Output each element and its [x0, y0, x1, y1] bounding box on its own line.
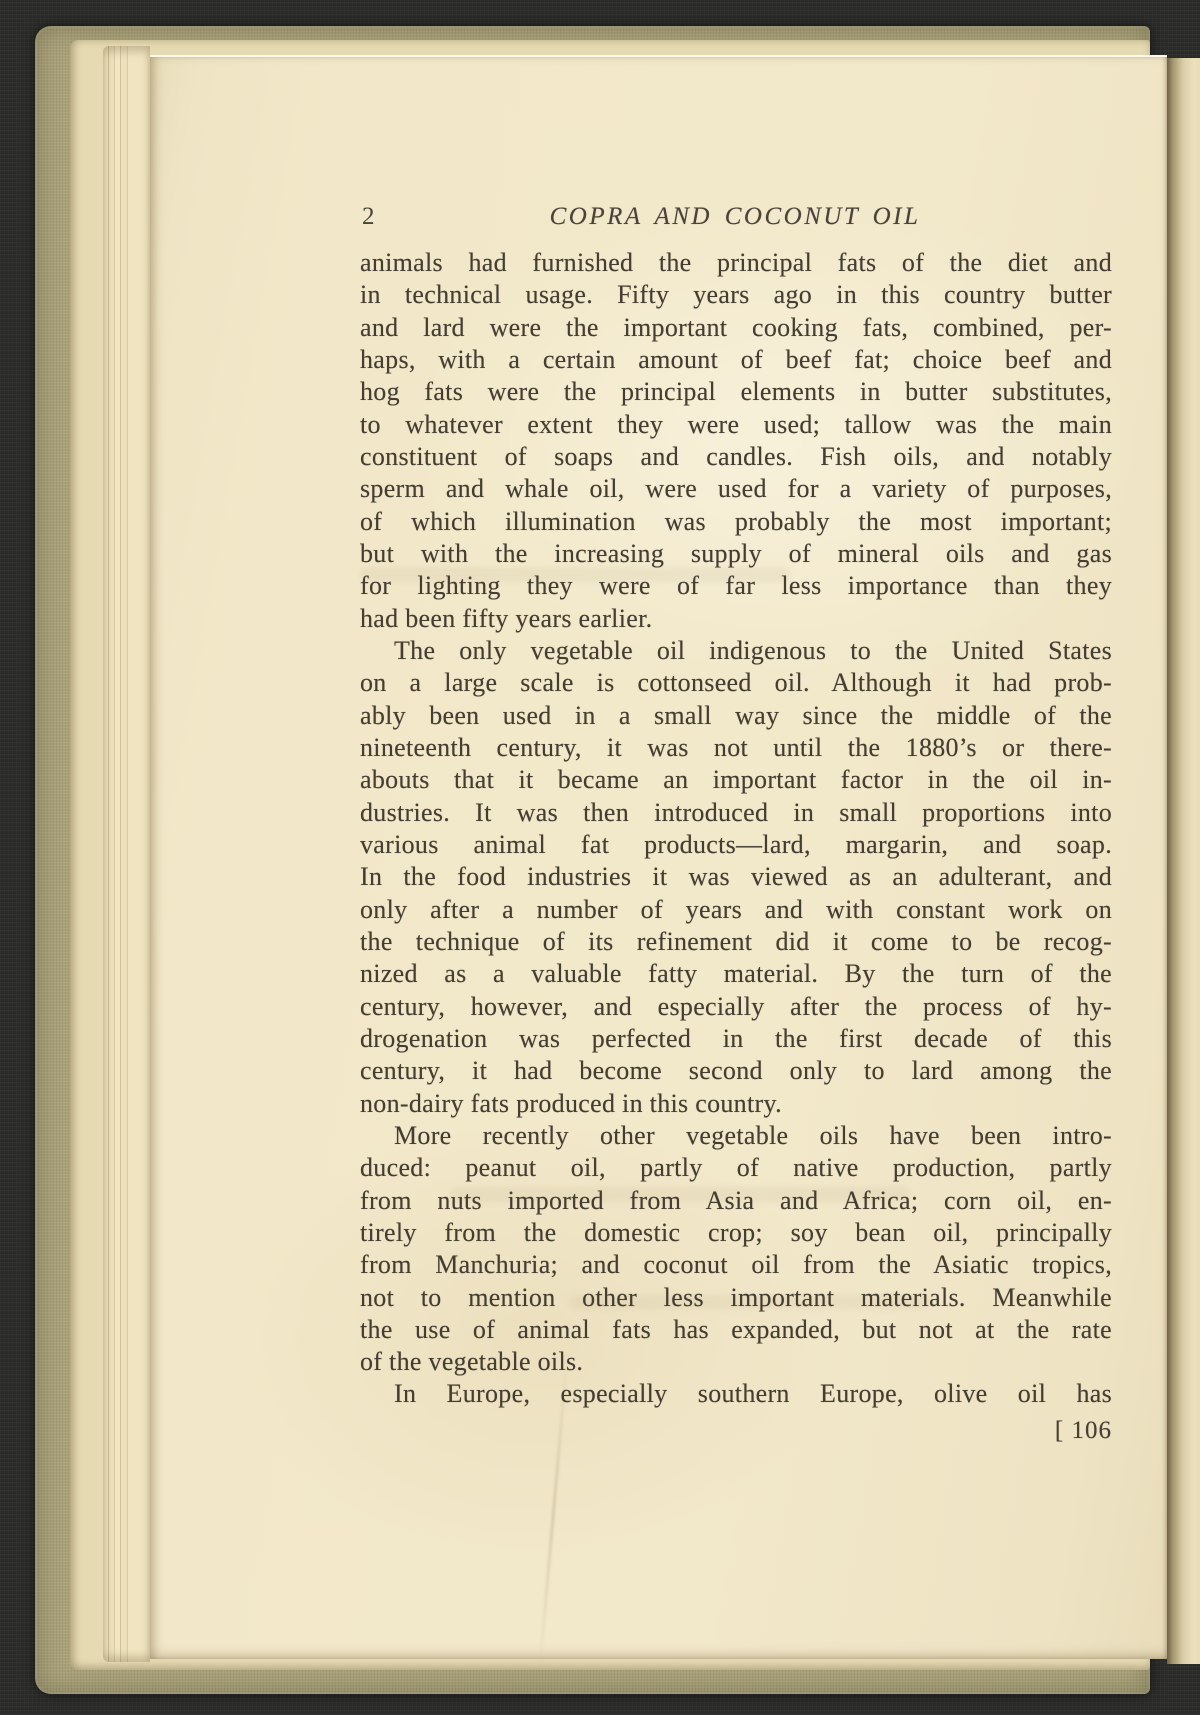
text-line: hog fats were the principal elements in …: [360, 376, 1112, 408]
text-line: non-dairy fats produced in this country.: [360, 1088, 1112, 1120]
text-line: nized as a valuable fatty material. By t…: [360, 958, 1112, 990]
text-line: to whatever extent they were used; tallo…: [360, 409, 1112, 441]
paragraph: More recently other vegetable oils have …: [360, 1120, 1112, 1379]
text-line: of which illumination was probably the m…: [360, 506, 1112, 538]
text-line: The only vegetable oil indigenous to the…: [360, 635, 1112, 667]
text-line: the technique of its refinement did it c…: [360, 926, 1112, 958]
text-line: animals had furnished the principal fats…: [360, 247, 1112, 279]
text-line: in technical usage. Fifty years ago in t…: [360, 279, 1112, 311]
text-line: tirely from the domestic crop; soy bean …: [360, 1217, 1112, 1249]
page-stack-edges: [103, 46, 150, 1662]
page-body: animals had furnished the principal fats…: [360, 247, 1112, 1411]
photo-backdrop: 2 COPRA AND COCONUT OIL animals had furn…: [0, 0, 1200, 1715]
text-line: various animal fat products—lard, margar…: [360, 829, 1112, 861]
text-line: from nuts imported from Asia and Africa;…: [360, 1185, 1112, 1217]
text-line: only after a number of years and with co…: [360, 894, 1112, 926]
text-line: sperm and whale oil, were used for a var…: [360, 473, 1112, 505]
text-line: of the vegetable oils.: [360, 1346, 1112, 1378]
folio-number: [ 106: [360, 1417, 1112, 1445]
text-line: constituent of soaps and candles. Fish o…: [360, 441, 1112, 473]
text-line: the use of animal fats has expanded, but…: [360, 1314, 1112, 1346]
text-line: drogenation was perfected in the first d…: [360, 1023, 1112, 1055]
text-line: for lighting they were of far less impor…: [360, 570, 1112, 602]
text-line: century, it had become second only to la…: [360, 1055, 1112, 1087]
text-line: dustries. It was then introduced in smal…: [360, 797, 1112, 829]
text-line: and lard were the important cooking fats…: [360, 312, 1112, 344]
paragraph: The only vegetable oil indigenous to the…: [360, 635, 1112, 1120]
text-line: but with the increasing supply of minera…: [360, 538, 1112, 570]
text-line: In Europe, especially southern Europe, o…: [360, 1378, 1112, 1410]
paragraph: animals had furnished the principal fats…: [360, 247, 1112, 635]
text-line: nineteenth century, it was not until the…: [360, 732, 1112, 764]
scanned-page: 2 COPRA AND COCONUT OIL animals had furn…: [150, 55, 1167, 1659]
page-header: 2 COPRA AND COCONUT OIL: [360, 203, 1110, 237]
running-title: COPRA AND COCONUT OIL: [360, 203, 1110, 231]
text-line: had been fifty years earlier.: [360, 603, 1112, 635]
text-line: on a large scale is cottonseed oil. Alth…: [360, 667, 1112, 699]
paragraph: In Europe, especially southern Europe, o…: [360, 1378, 1112, 1410]
text-line: century, however, and especially after t…: [360, 991, 1112, 1023]
text-line: duced: peanut oil, partly of native prod…: [360, 1152, 1112, 1184]
page-number: 2: [362, 203, 375, 231]
text-line: haps, with a certain amount of beef fat;…: [360, 344, 1112, 376]
text-line: from Manchuria; and coconut oil from the…: [360, 1249, 1112, 1281]
next-page-edge: [1167, 58, 1200, 1664]
text-line: In the food industries it was viewed as …: [360, 861, 1112, 893]
text-line: More recently other vegetable oils have …: [360, 1120, 1112, 1152]
text-line: not to mention other less important mate…: [360, 1282, 1112, 1314]
text-line: abouts that it became an important facto…: [360, 764, 1112, 796]
text-line: ably been used in a small way since the …: [360, 700, 1112, 732]
